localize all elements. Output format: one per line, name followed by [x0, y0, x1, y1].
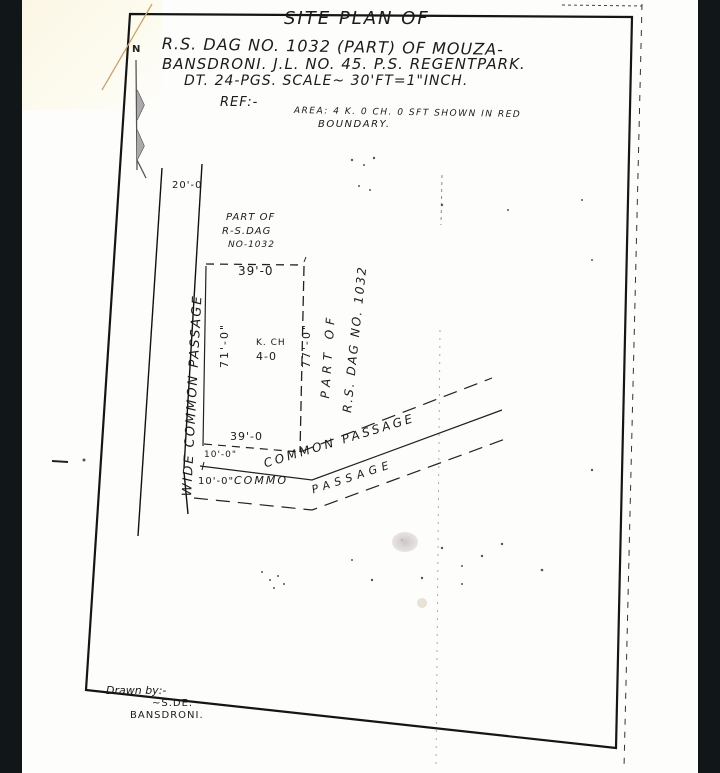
title-line-1: SITE PLAN OF	[284, 8, 430, 29]
plot-top-dimension: 39'-0	[238, 264, 274, 278]
plot-left-boundary	[203, 266, 206, 446]
left-road-width: 20'-0	[172, 180, 202, 191]
paper-stain	[417, 598, 427, 608]
left-road-outer-line	[138, 168, 162, 536]
area-note-boundary: BOUNDARY.	[318, 119, 391, 130]
bottom-passage-width-1: 10'-0"	[204, 450, 237, 460]
plot-right-dimension: 77'-0"	[300, 323, 313, 368]
north-arrow-icon: N	[132, 44, 146, 178]
title-line-4: DT. 24-PGS. SCALE~ 30'FT=1"INCH.	[184, 73, 468, 89]
ink-smudge	[392, 532, 418, 552]
upper-part-of-label-2: R-S.DAG	[222, 226, 271, 237]
ref-label: REF:-	[220, 95, 258, 110]
plot-area-unit: K. CH	[256, 338, 286, 348]
drawn-by-label: Drawn by:-	[106, 684, 166, 697]
plot-left-dimension: 71'-0"	[218, 323, 231, 368]
plot-bottom-dimension: 39'-0	[230, 430, 263, 443]
upper-part-of-label-3: NO-1032	[228, 240, 275, 250]
scanned-document: N	[22, 0, 698, 773]
svg-text:N: N	[132, 44, 140, 55]
bottom-passage-width-2: 10'-0"	[198, 476, 234, 487]
title-line-3: BANSDRONI. J.L. NO. 45. P.S. REGENTPARK.	[162, 55, 526, 73]
drawn-by-signature: ~S.DE.	[152, 698, 193, 709]
plot-area-value: 4-0	[256, 350, 277, 363]
upper-part-of-label-1: PART OF	[226, 212, 275, 223]
drawn-by-place: BANSDRONI.	[130, 710, 204, 721]
bottom-passage-name-2a: COMMO	[234, 474, 288, 487]
